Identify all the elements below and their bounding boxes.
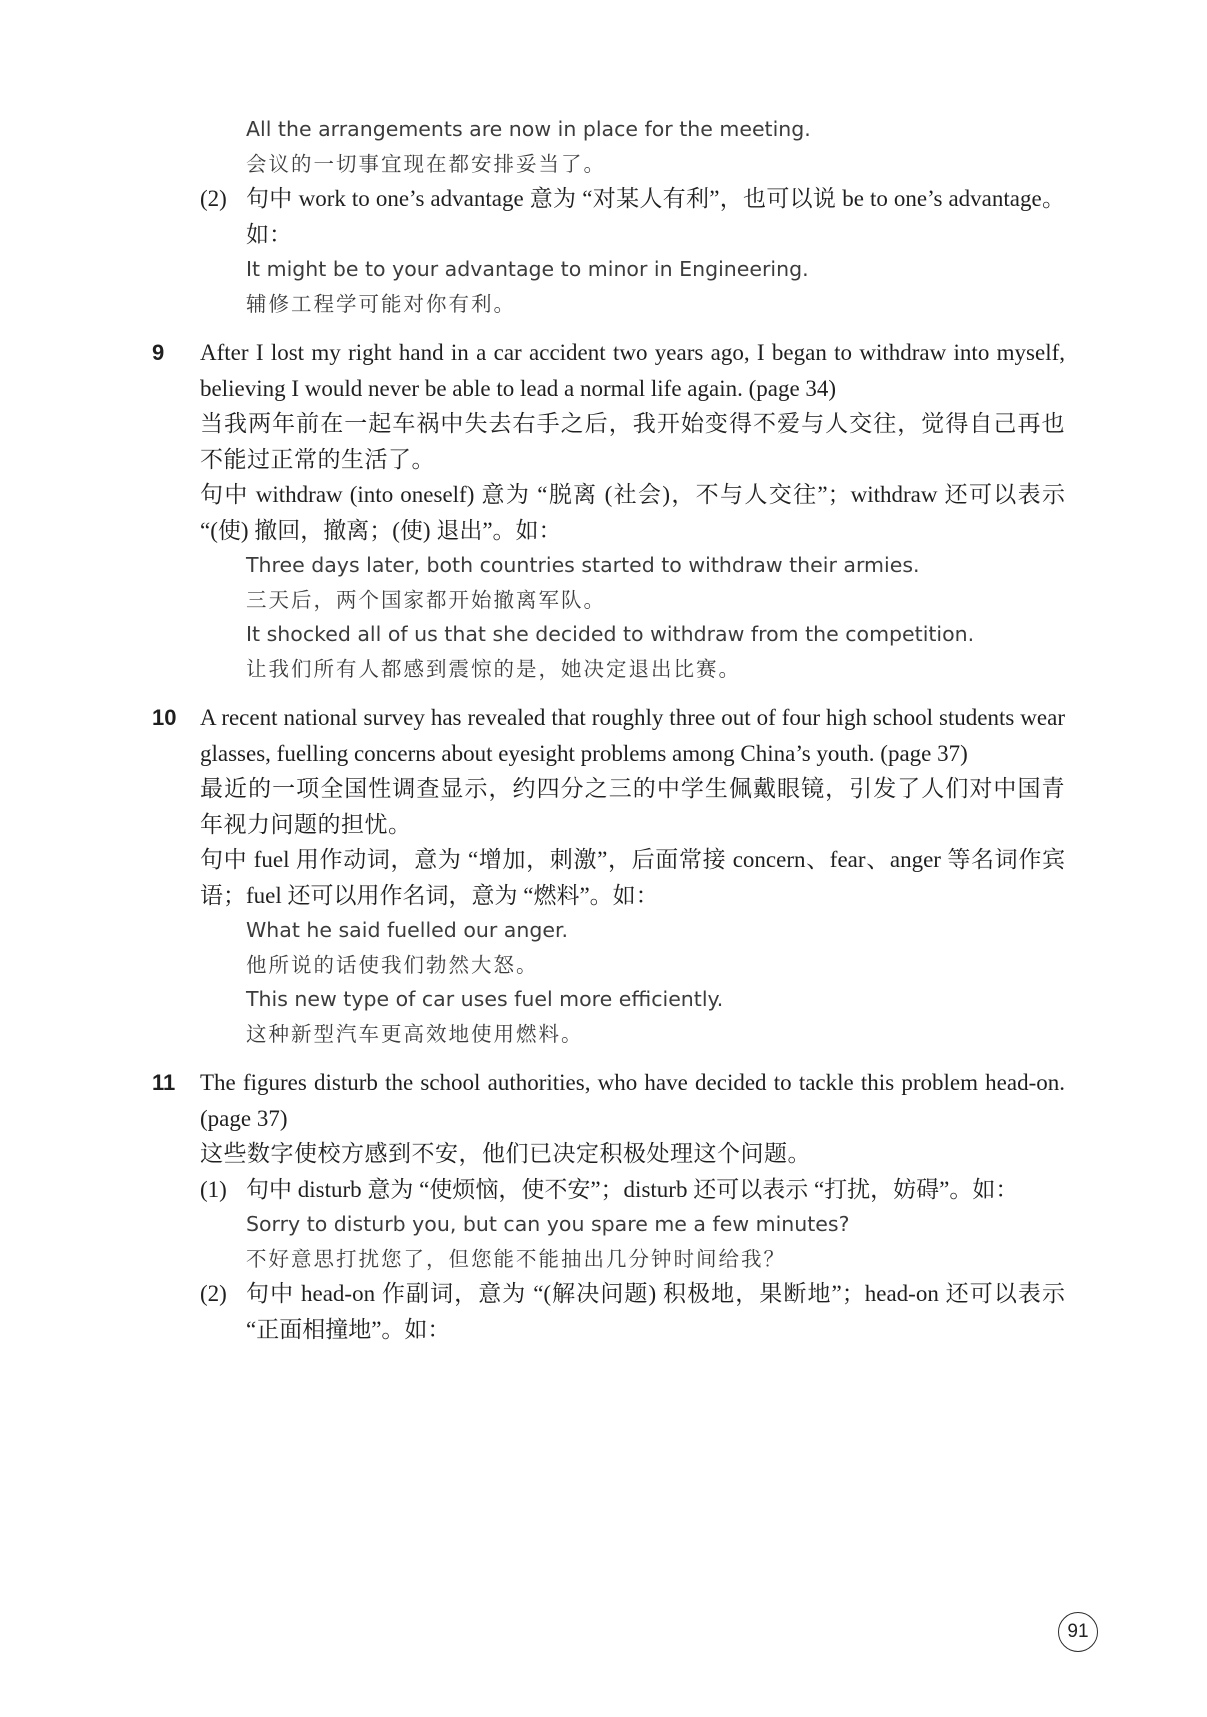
section-continuation: All the arrangements are now in place fo… [200, 112, 1065, 321]
numbered-point: (2) 句中 work to one’s advantage 意为 “对某人有利… [200, 181, 1065, 252]
example-sentence-cn: 这种新型汽车更高效地使用燃料。 [246, 1017, 1065, 1052]
item-number: 10 [152, 700, 200, 1051]
numbered-point: (2) 句中 head-on 作副词，意为 “(解决问题) 积极地，果断地”；h… [200, 1276, 1065, 1347]
point-text: 句中 disturb 意为 “使烦恼，使不安”；disturb 还可以表示 “打… [246, 1172, 1065, 1208]
example-sentence-en: It might be to your advantage to minor i… [246, 252, 1065, 287]
numbered-point: (1) 句中 disturb 意为 “使烦恼，使不安”；disturb 还可以表… [200, 1172, 1065, 1208]
example-sentence-cn: 不好意思打扰您了，但您能不能抽出几分钟时间给我？ [246, 1242, 1065, 1277]
item-text-en: A recent national survey has revealed th… [200, 700, 1065, 771]
item-text-en: After I lost my right hand in a car acci… [200, 335, 1065, 406]
item-translation-cn: 最近的一项全国性调查显示，约四分之三的中学生佩戴眼镜，引发了人们对中国青年视力问… [200, 771, 1065, 842]
page-number-badge: 91 [1058, 1612, 1098, 1652]
example-sentence-en: Sorry to disturb you, but can you spare … [246, 1207, 1065, 1242]
point-text: 句中 work to one’s advantage 意为 “对某人有利”，也可… [246, 181, 1065, 252]
example-sentence-en: This new type of car uses fuel more effi… [246, 982, 1065, 1017]
point-marker: (2) [200, 181, 246, 252]
usage-note: 句中 withdraw (into oneself) 意为 “脱离 (社会)，不… [200, 477, 1065, 548]
example-sentence-cn: 辅修工程学可能对你有利。 [246, 287, 1065, 322]
page-content: All the arrangements are now in place fo… [152, 112, 1065, 1347]
page-number: 91 [1067, 1621, 1088, 1643]
glossary-item-9: 9 After I lost my right hand in a car ac… [152, 335, 1065, 686]
point-marker: (2) [200, 1276, 246, 1347]
document-page: All the arrangements are now in place fo… [0, 0, 1207, 1717]
item-body: A recent national survey has revealed th… [200, 700, 1065, 1051]
item-body: After I lost my right hand in a car acci… [200, 335, 1065, 686]
example-sentence-cn: 让我们所有人都感到震惊的是，她决定退出比赛。 [246, 652, 1065, 687]
glossary-item-11: 11 The figures disturb the school author… [152, 1065, 1065, 1347]
usage-note: 句中 fuel 用作动词，意为 “增加，刺激”，后面常接 concern、fea… [200, 842, 1065, 913]
item-body: The figures disturb the school authoriti… [200, 1065, 1065, 1347]
glossary-item-10: 10 A recent national survey has revealed… [152, 700, 1065, 1051]
item-translation-cn: 这些数字使校方感到不安，他们已决定积极处理这个问题。 [200, 1136, 1065, 1172]
example-sentence-en: All the arrangements are now in place fo… [246, 112, 1065, 147]
point-marker: (1) [200, 1172, 246, 1208]
example-sentence-cn: 会议的一切事宜现在都安排妥当了。 [246, 147, 1065, 182]
example-sentence-en: What he said fuelled our anger. [246, 913, 1065, 948]
example-sentence-cn: 他所说的话使我们勃然大怒。 [246, 948, 1065, 983]
point-text: 句中 head-on 作副词，意为 “(解决问题) 积极地，果断地”；head-… [246, 1276, 1065, 1347]
example-sentence-cn: 三天后，两个国家都开始撤离军队。 [246, 583, 1065, 618]
item-text-en: The figures disturb the school authoriti… [200, 1065, 1065, 1136]
item-number: 11 [152, 1065, 200, 1347]
item-number: 9 [152, 335, 200, 686]
item-translation-cn: 当我两年前在一起车祸中失去右手之后，我开始变得不爱与人交往，觉得自己再也不能过正… [200, 406, 1065, 477]
example-sentence-en: Three days later, both countries started… [246, 548, 1065, 583]
example-sentence-en: It shocked all of us that she decided to… [246, 617, 1065, 652]
